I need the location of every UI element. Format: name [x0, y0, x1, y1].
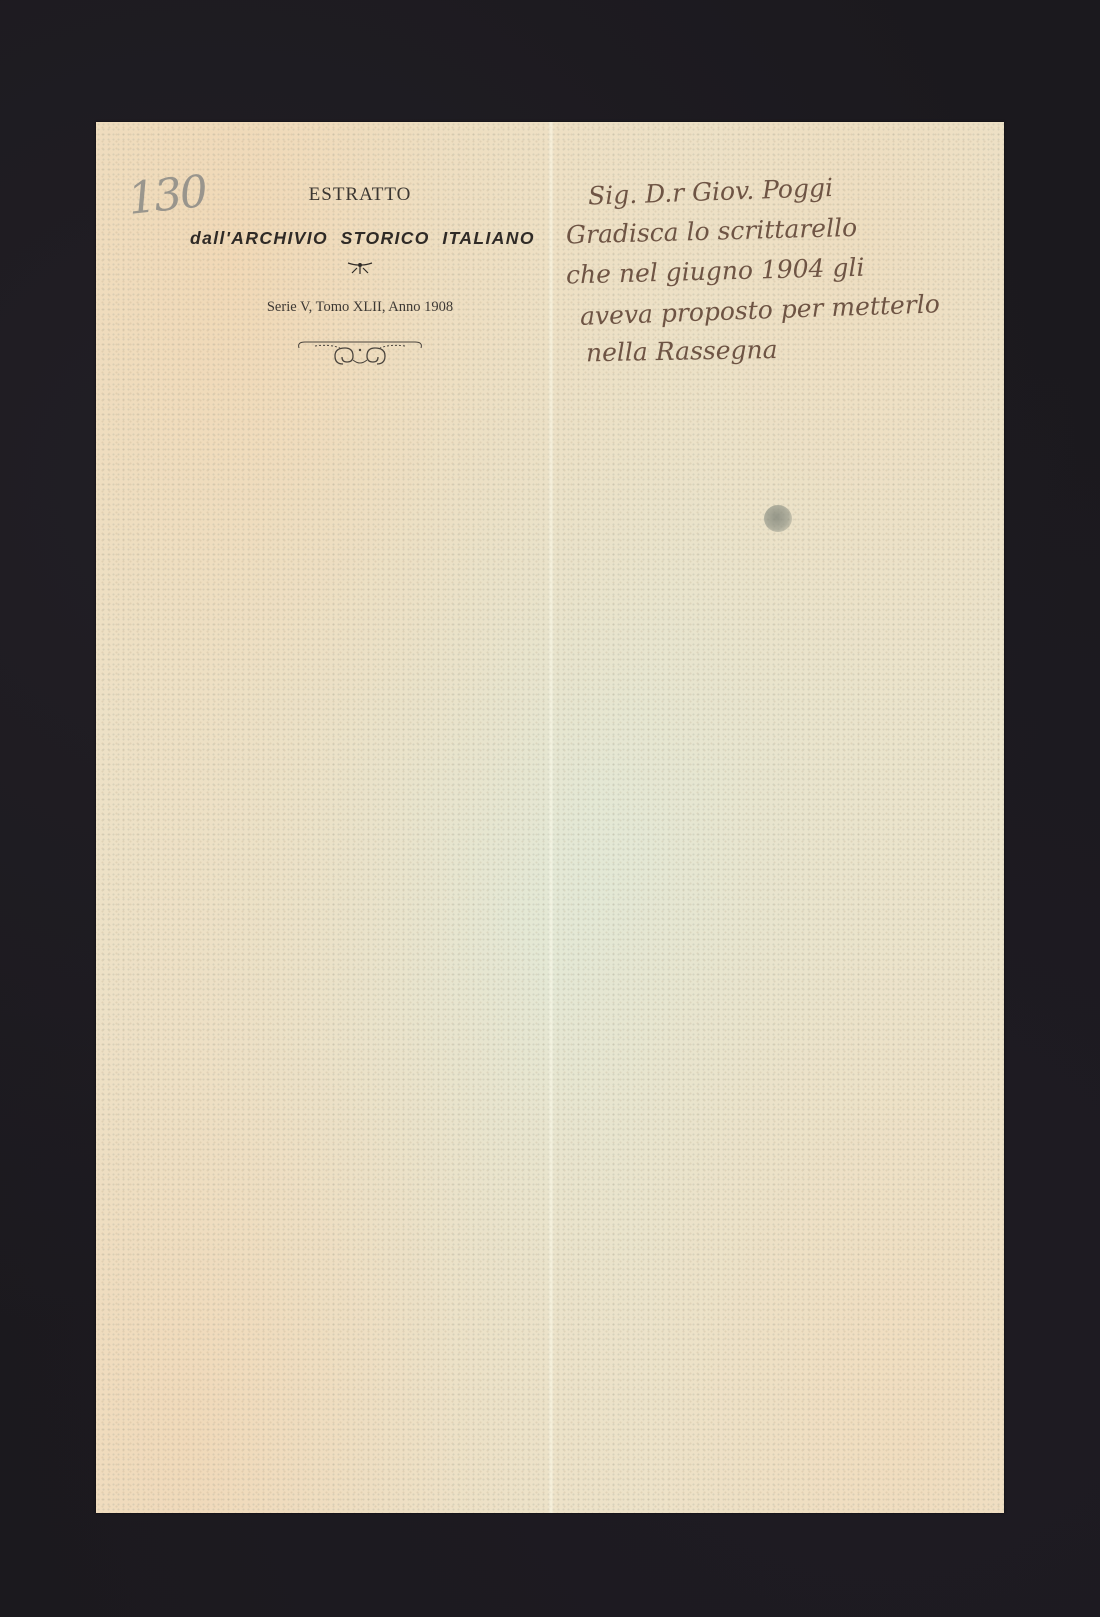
estratto-heading: ESTRATTO	[190, 184, 530, 206]
scroll-flourish-icon	[295, 336, 425, 370]
handwritten-line: nella Rassegna	[566, 326, 987, 373]
asterism-icon	[345, 259, 375, 277]
document-sheet: 130 ESTRATTO dall'ARCHIVIO STORICO ITALI…	[96, 122, 1004, 1513]
printed-header: ESTRATTO dall'ARCHIVIO STORICO ITALIANO …	[190, 182, 530, 370]
paper-stain	[764, 505, 792, 532]
handwritten-note: Sig. D.r Giov. Poggi Gradisca lo scritta…	[566, 170, 986, 370]
center-fold	[548, 122, 554, 1513]
series-line: Serie V, Tomo XLII, Anno 1908	[190, 299, 530, 316]
journal-title: dall'ARCHIVIO STORICO ITALIANO	[190, 228, 530, 249]
